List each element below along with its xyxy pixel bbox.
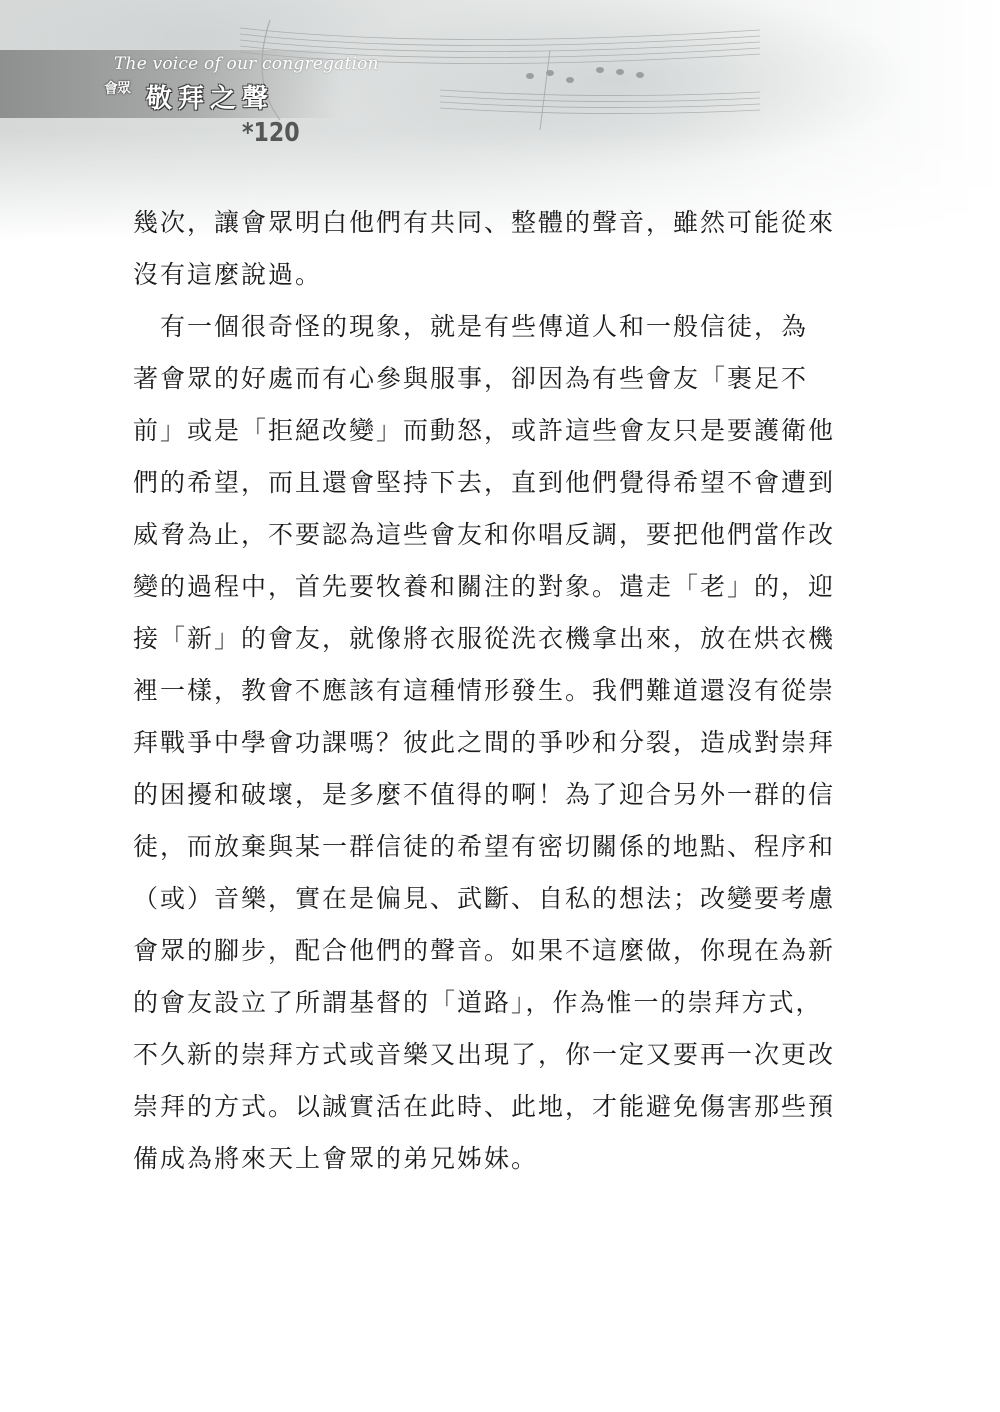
text-line: 備成為將來天上會眾的弟兄姊妹。 [133,1136,863,1188]
header-title-small: 會眾 [104,78,130,98]
text-line: 的會友設立了所謂基督的「道路」，作為惟一的崇拜方式， [133,980,863,1032]
text-line: 裡一樣，教會不應該有這種情形發生。我們難道還沒有從崇 [133,668,863,720]
text-line: 幾次，讓會眾明白他們有共同、整體的聲音，雖然可能從來 [133,200,863,252]
text-line: 前」或是「拒絕改變」而動怒，或許這些會友只是要護衛他 [133,408,863,460]
body-text: 幾次，讓會眾明白他們有共同、整體的聲音，雖然可能從來 沒有這麼說過。 有一個很奇… [133,200,863,1188]
text-line: （或）音樂，實在是偏見、武斷、自私的想法；改變要考慮 [133,876,863,928]
text-line: 的困擾和破壞，是多麼不值得的啊！為了迎合另外一群的信 [133,772,863,824]
text-line: 們的希望，而且還會堅持下去，直到他們覺得希望不會遭到 [133,460,863,512]
header-subtitle-english: The voice of our congregation [114,54,379,74]
text-line: 拜戰爭中學會功課嗎？彼此之間的爭吵和分裂，造成對崇拜 [133,720,863,772]
text-line: 接「新」的會友，就像將衣服從洗衣機拿出來，放在烘衣機 [133,616,863,668]
text-line: 威脅為止，不要認為這些會友和你唱反調，要把他們當作改 [133,512,863,564]
header-title-main: 敬拜之聲 [146,78,274,115]
text-line: 變的過程中，首先要牧養和關注的對象。遣走「老」的，迎 [133,564,863,616]
text-line: 有一個很奇怪的現象，就是有些傳道人和一般信徒，為 [133,304,863,356]
text-line: 會眾的腳步，配合他們的聲音。如果不這麼做，你現在為新 [133,928,863,980]
text-line: 著會眾的好處而有心參與服事，卻因為有些會友「裹足不 [133,356,863,408]
text-line: 崇拜的方式。以誠實活在此時、此地，才能避免傷害那些預 [133,1084,863,1136]
page-number: *120 [242,118,300,148]
text-line: 徒，而放棄與某一群信徒的希望有密切關係的地點、程序和 [133,824,863,876]
text-line: 沒有這麼說過。 [133,252,863,304]
text-line: 不久新的崇拜方式或音樂又出現了，你一定又要再一次更改 [133,1032,863,1084]
